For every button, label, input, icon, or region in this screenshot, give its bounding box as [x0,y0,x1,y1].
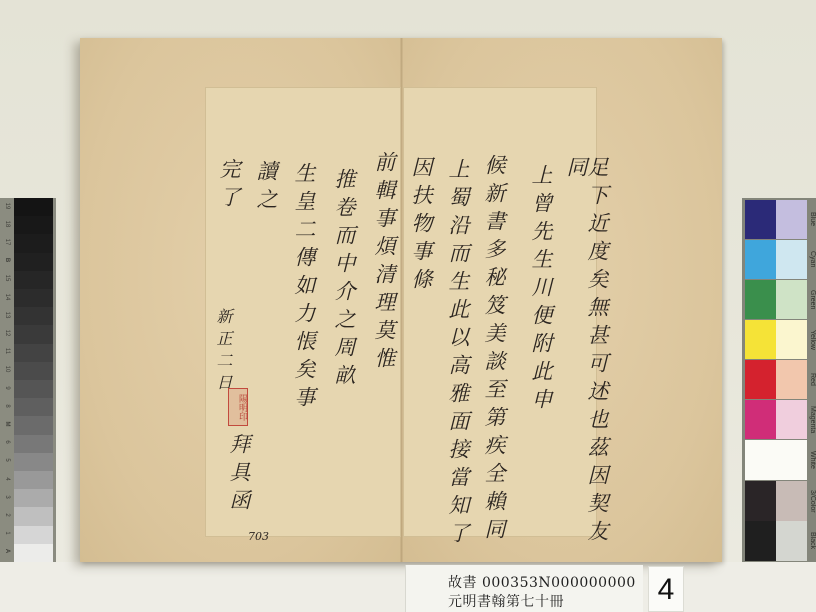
letter-column-1: 足下近度矣無甚可述也茲因契友同 [565,156,607,562]
grayscale-label: 18 [4,217,10,231]
letter-column-6: 前輯事煩清理莫惟 [373,151,394,375]
gray-patch [14,471,53,489]
gray-patch [14,198,53,216]
grayscale-label: 5 [4,453,10,467]
color-patch-red-light [776,360,807,399]
color-patch-magenta-light [776,400,807,439]
gray-patch [14,398,53,416]
color-patch-blue-dark [745,200,776,239]
color-label-white: White [808,440,816,480]
grayscale-label: 15 [4,271,10,285]
margin-note: 703 [248,531,269,542]
gray-patch [14,416,53,434]
color-label-blue: Blue [808,200,816,239]
color-calibration-chart: Blue Cyan Green Yellow Red Magenta White… [742,198,816,562]
gray-patch [14,362,53,380]
letter-column-4: 上蜀沿而生此以高雅面接當知了 [447,158,468,550]
gray-patch [14,526,53,544]
grayscale-label: 12 [4,326,10,340]
letter-column-5: 因扶物事條 [410,156,431,296]
color-patch-white [745,440,807,480]
grayscale-label: A [4,544,10,558]
book-spread: 足下近度矣無甚可述也茲因契友同 上曾先生川便附此申 候新書多秘笈美談至第疾全賴同… [80,38,722,562]
letter-column-10: 完了 [218,158,239,214]
gray-patch [14,380,53,398]
grayscale-label: 2 [4,508,10,522]
gray-patch [14,253,53,271]
catalog-id: 故書 000353N000000000 [448,572,636,592]
grayscale-label: 14 [4,290,10,304]
letter-column-8: 生皇二傳如力悵矣事 [293,162,314,414]
grayscale-label: B [4,253,10,267]
gray-patch [14,344,53,362]
grayscale-label: 17 [4,235,10,249]
gray-patch [14,453,53,471]
grayscale-label: 10 [4,362,10,376]
gray-patch [14,435,53,453]
grayscale-label: 4 [4,472,10,486]
color-patch-3color-dark [745,481,776,521]
grayscale-label: 8 [4,399,10,413]
gray-patch [14,234,53,252]
color-label-magenta: Magenta [808,400,816,439]
color-label-cyan: Cyan [808,240,816,279]
letter-column-9: 讀之 [255,160,276,216]
gray-patch [14,216,53,234]
color-label-3color: 3/Color [808,481,816,521]
color-patch-3color-light [776,481,807,521]
grayscale-label: 3 [4,490,10,504]
color-patch-cyan-light [776,240,807,279]
gray-patch [14,544,53,562]
grayscale-label: M [4,417,10,431]
grayscale-label: 6 [4,435,10,449]
grayscale-label: 1 [4,526,10,540]
gray-patch [14,271,53,289]
page-number-box: 4 [648,566,684,612]
grayscale-label: 9 [4,381,10,395]
letter-column-3: 候新書多秘笈美談至第疾全賴同 [483,154,504,546]
letter-column-2: 上曾先生川便附此申 [530,164,551,416]
volume-title: 元明書翰第七十冊 [448,591,564,611]
color-label-red: Red [808,360,816,399]
red-seal-stamp: 陽明印 [228,388,248,426]
gray-patch [14,507,53,525]
catalog-label-card: 故書 000353N000000000 元明書翰第七十冊 [405,565,643,612]
color-label-green: Green [808,280,816,319]
gray-patch [14,307,53,325]
grayscale-label: 11 [4,344,10,358]
color-patch-magenta-dark [745,400,776,439]
color-label-yellow: Yellow [808,320,816,359]
gray-patch [14,489,53,507]
letter-signature: 拜具函 [228,433,249,517]
color-patch-black-dark [745,521,776,561]
color-patch-yellow-light [776,320,807,359]
color-patch-red-dark [745,360,776,399]
color-patch-green-dark [745,280,776,319]
gray-patch [14,289,53,307]
letter-date: 新正二日 [215,308,231,396]
grayscale-calibration-strip: 19 18 17 B 15 14 13 12 11 10 9 8 M 6 5 4… [0,198,56,562]
color-patch-yellow-dark [745,320,776,359]
grayscale-label: 13 [4,308,10,322]
color-patch-black-light [776,521,807,561]
grayscale-label: 19 [4,199,10,213]
color-patch-cyan-dark [745,240,776,279]
color-patch-blue-light [776,200,807,239]
letter-column-7: 推卷而中介之周畝 [333,168,354,392]
color-label-black: Black [808,521,816,561]
color-patch-green-light [776,280,807,319]
gray-patch [14,325,53,343]
